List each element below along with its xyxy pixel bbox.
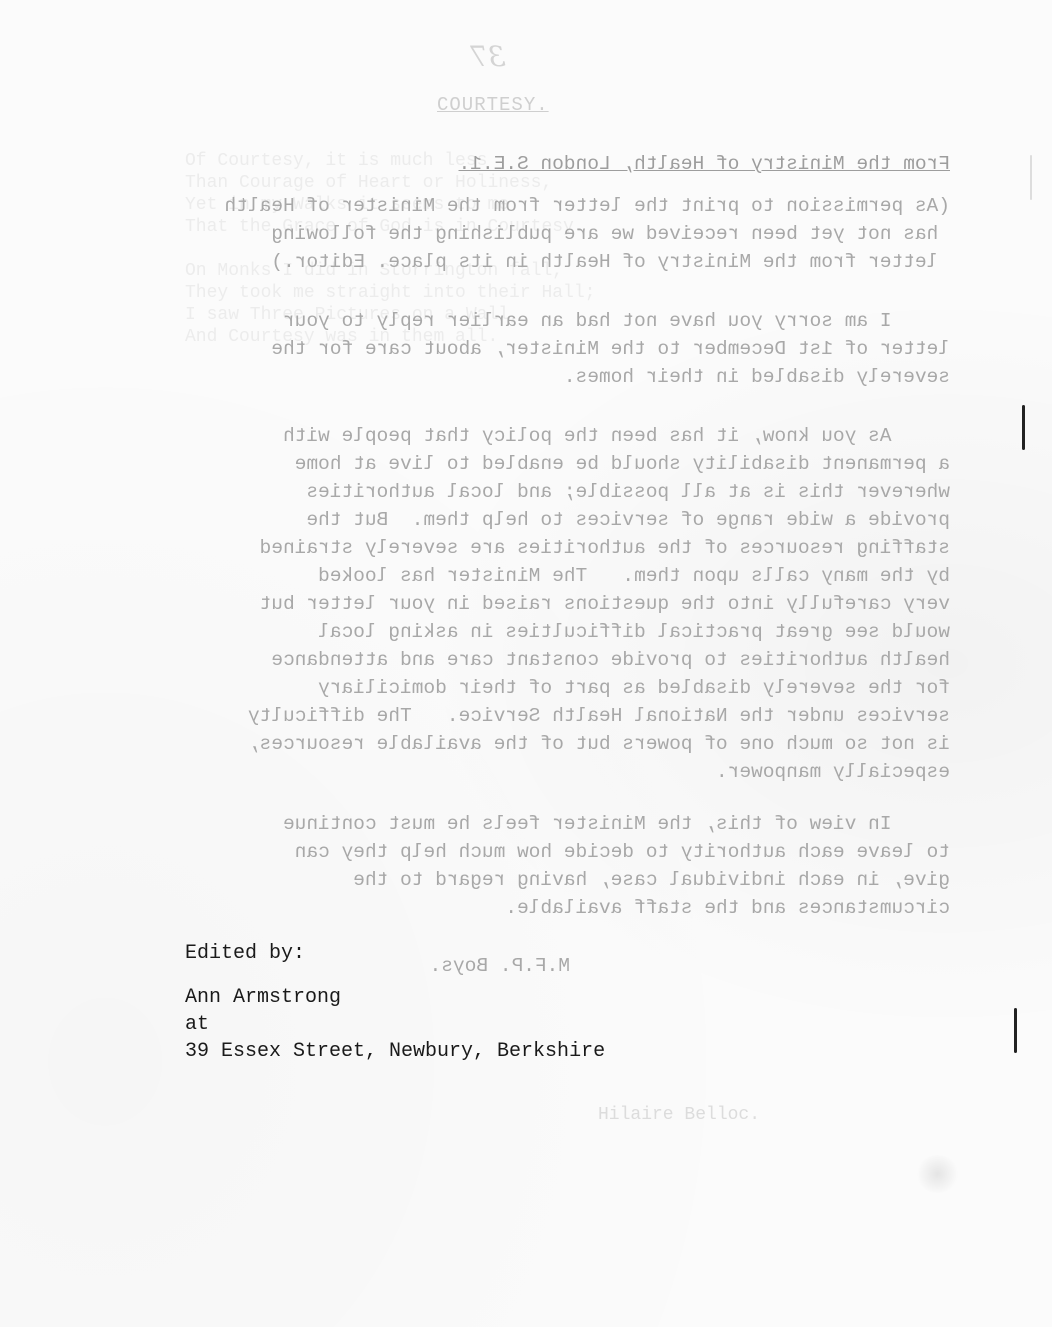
ink-smudge [915,1155,960,1193]
margin-mark-faint [1030,155,1032,200]
editor-name: Ann Armstrong [185,984,605,1011]
bleed-through-poem-author: Hilaire Belloc. [598,1105,760,1125]
mirrored-letter-paragraph: As you know, it has been the policy that… [180,422,950,786]
mirrored-letter-paragraph: I am sorry you have not had an earlier r… [180,307,950,391]
editor-address: 39 Essex Street, Newbury, Berkshire [185,1038,605,1065]
editor-at: at [185,1011,605,1038]
handwritten-page-number: 37 [470,40,506,73]
margin-mark [1014,1008,1017,1053]
editor-block: Edited by: Ann Armstrong at 39 Essex Str… [185,940,605,1065]
mirrored-letter-paragraph: In view of this, the Minister feels he m… [180,810,950,922]
mirrored-letter-heading: From the Ministry of Health, London S.E.… [180,150,950,178]
mirrored-letter-paragraph: (As permission to print the letter from … [180,192,950,276]
editor-label: Edited by: [185,940,605,967]
margin-mark [1022,405,1025,450]
page-title: COURTESY. [437,94,549,116]
